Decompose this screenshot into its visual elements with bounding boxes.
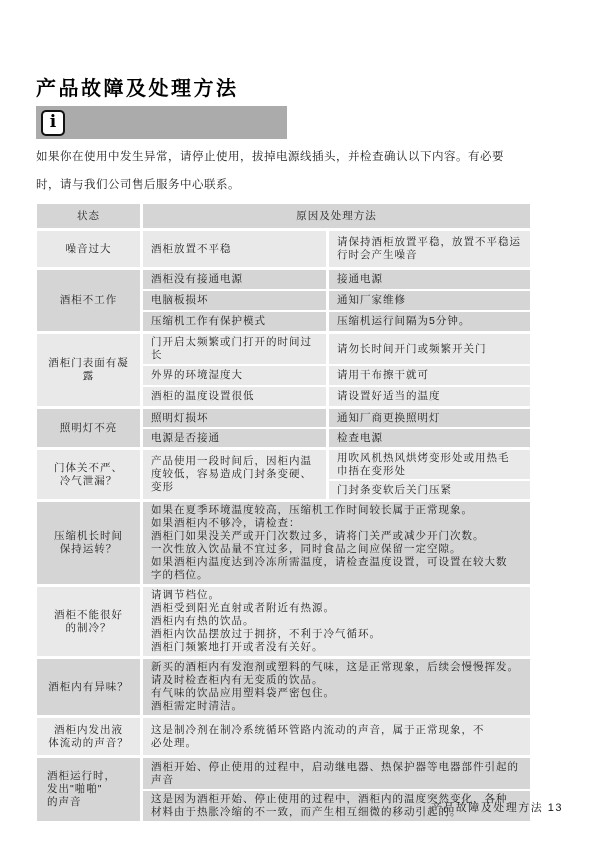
- page-footer: 产品故障及处理方法 13: [431, 799, 563, 815]
- remedy-cell: 通知厂商更换照明灯: [329, 409, 530, 427]
- status-cell: 门体关不严、 冷气泄漏？: [37, 450, 140, 499]
- cause-cell: 酒柜的温度设置很低: [143, 387, 326, 406]
- cause-cell: 压缩机工作有保护模式: [143, 312, 326, 331]
- status-cell: 酒柜内发出液 体流动的声音？: [37, 718, 140, 755]
- status-cell: 酒柜内有异味？: [37, 659, 140, 715]
- intro-text: 如果你在使用中发生异常，请停止使用，拔掉电源线插头，并检查确认以下内容。有必要 …: [36, 143, 556, 199]
- header-status: 状态: [37, 204, 140, 228]
- cause-remedy-cell: 请调节档位。 酒柜受到阳光直射或者附近有热源。 酒柜内有热的饮品。 酒柜内饮品摆…: [143, 587, 530, 656]
- cause-cell: 产品使用一段时间后，因柜内温 度较低，容易造成门封条变硬、 变形: [143, 450, 326, 499]
- cause-remedy-cell: 如果在夏季环境温度较高，压缩机工作时间较长属于正常现象。 如果酒柜内不够冷，请检…: [143, 502, 530, 584]
- cause-cell: 酒柜放置不平稳: [143, 231, 326, 267]
- cause-cell: 外界的环境湿度大: [143, 366, 326, 385]
- cause-remedy-cell: 这是制冷剂在制冷系统循环管路内流动的声音，属于正常现象，不 必处理。: [143, 718, 530, 755]
- status-cell: 噪音过大: [37, 231, 140, 267]
- remedy-cell: 请勿长时间开门或频繁开关门: [329, 334, 530, 364]
- status-cell: 酒柜运行时， 发出"啪啪" 的声音: [37, 758, 140, 821]
- table-row: 酒柜不能很好 的制冷？ 请调节档位。 酒柜受到阳光直射或者附近有热源。 酒柜内有…: [37, 587, 530, 656]
- remedy-cell: 接通电源: [329, 270, 530, 289]
- troubleshooting-table: 状态 原因及处理方法 噪音过大 酒柜放置不平稳 请保持酒柜放置平稳，放置不平稳运…: [37, 204, 530, 824]
- cause-cell: 照明灯损坏: [143, 409, 326, 427]
- table-row: 压缩机长时间 保持运转？ 如果在夏季环境温度较高，压缩机工作时间较长属于正常现象…: [37, 502, 530, 584]
- cause-cell: 电源是否接通: [143, 429, 326, 447]
- cause-cell: 酒柜没有接通电源: [143, 270, 326, 289]
- cause-cell: 门开启太频繁或门打开的时间过长: [143, 334, 326, 364]
- cause-cell: 电脑板损坏: [143, 291, 326, 310]
- status-cell: 酒柜不工作: [37, 270, 140, 331]
- remedy-cell: 压缩机运行间隔为5分钟。: [329, 312, 530, 331]
- info-banner: i: [36, 106, 287, 139]
- remedy-cell: 请保持酒柜放置平稳，放置不平稳运 行时会产生噪音: [329, 231, 530, 267]
- status-cell: 酒柜门表面有凝露: [37, 334, 140, 406]
- header-cause-remedy: 原因及处理方法: [143, 204, 530, 228]
- remedy-cell: 请用干布擦干就可: [329, 366, 530, 385]
- status-cell: 照明灯不亮: [37, 409, 140, 447]
- table-row: 酒柜内有异味？ 新买的酒柜内有发泡剂或塑料的气味，这是正常现象，后续会慢慢挥发。…: [37, 659, 530, 715]
- cause-remedy-cell: 酒柜开始、停止使用的过程中，启动继电器、热保护器等电器部件引起的声音: [143, 758, 530, 789]
- cause-remedy-cell: 新买的酒柜内有发泡剂或塑料的气味，这是正常现象，后续会慢慢挥发。 请及时检查柜内…: [143, 659, 530, 715]
- remedy-cell: 通知厂家维修: [329, 291, 530, 310]
- table-row: 照明灯不亮 照明灯损坏 通知厂商更换照明灯 电源是否接通 检查电源: [37, 409, 530, 447]
- remedy-cell: 检查电源: [329, 429, 530, 447]
- table-row: 酒柜门表面有凝露 门开启太频繁或门打开的时间过长 请勿长时间开门或频繁开关门 外…: [37, 334, 530, 406]
- table-row: 门体关不严、 冷气泄漏？ 产品使用一段时间后，因柜内温 度较低，容易造成门封条变…: [37, 450, 530, 499]
- remedy-cell: 用吹风机热风烘烤变形处或用热毛 巾捂在变形处: [329, 450, 530, 479]
- table-row: 噪音过大 酒柜放置不平稳 请保持酒柜放置平稳，放置不平稳运 行时会产生噪音: [37, 231, 530, 267]
- remedy-cell: 门封条变软后关门压紧: [329, 481, 530, 499]
- table-row: 酒柜内发出液 体流动的声音？ 这是制冷剂在制冷系统循环管路内流动的声音，属于正常…: [37, 718, 530, 755]
- page-title: 产品故障及处理方法: [36, 72, 239, 101]
- info-icon: i: [41, 110, 65, 136]
- status-cell: 压缩机长时间 保持运转？: [37, 502, 140, 584]
- remedy-cell: 请设置好适当的温度: [329, 387, 530, 406]
- status-cell: 酒柜不能很好 的制冷？: [37, 587, 140, 656]
- table-row: 酒柜不工作 酒柜没有接通电源 接通电源 电脑板损坏 通知厂家维修 压缩机工作有保…: [37, 270, 530, 331]
- table-header-row: 状态 原因及处理方法: [37, 204, 530, 228]
- manual-page: 产品故障及处理方法 i 如果你在使用中发生异常，请停止使用，拔掉电源线插头，并检…: [0, 0, 590, 861]
